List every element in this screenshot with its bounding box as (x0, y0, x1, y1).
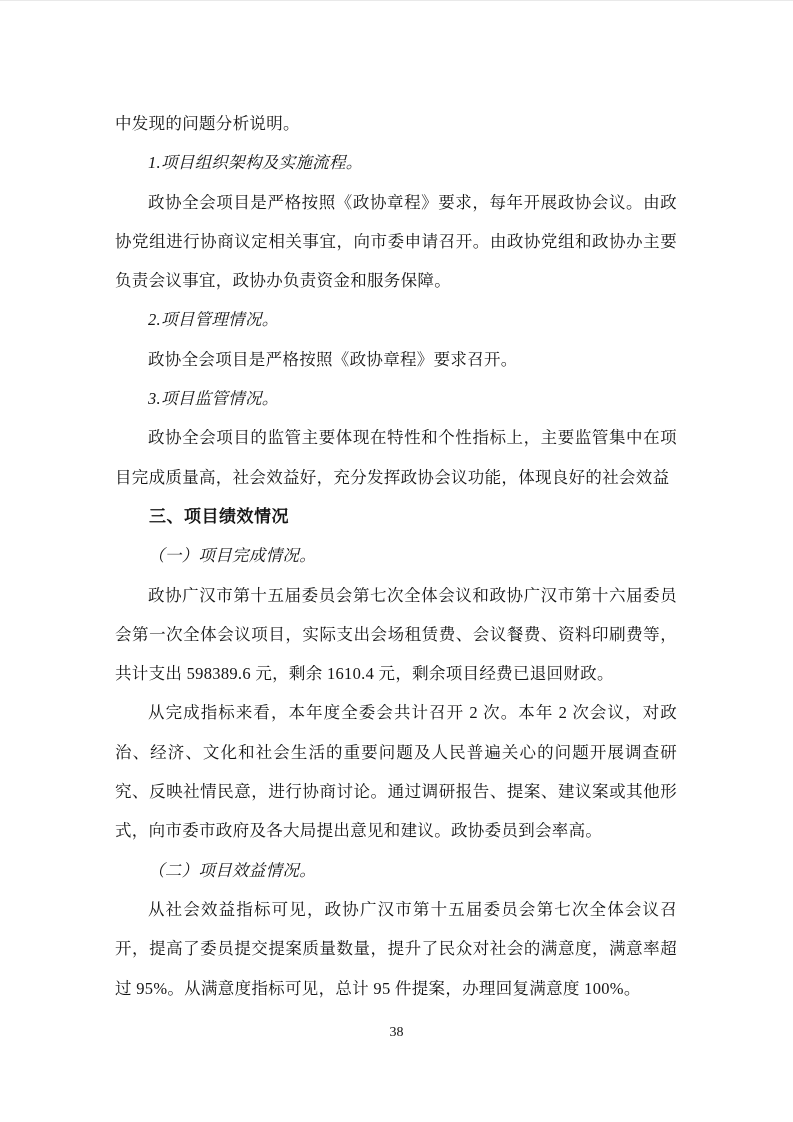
paragraph-completion-spending: 政协广汉市第十五届委员会第七次全体会议和政协广汉市第十六届委员会第一次全体会议项… (115, 576, 677, 694)
document-page: 中发现的问题分析说明。 1.项目组织架构及实施流程。 政协全会项目是严格按照《政… (0, 0, 793, 1122)
paragraph-completion-metrics: 从完成指标来看，本年度全委会共计召开 2 次。本年 2 次会议，对政治、经济、文… (115, 693, 677, 850)
subheading-2-management: 2.项目管理情况。 (115, 300, 677, 339)
subheading-benefit: （二）项目效益情况。 (115, 851, 677, 890)
document-body: 中发现的问题分析说明。 1.项目组织架构及实施流程。 政协全会项目是严格按照《政… (115, 104, 677, 1008)
subheading-1-org-structure: 1.项目组织架构及实施流程。 (115, 143, 677, 182)
page-number: 38 (0, 1023, 793, 1043)
subheading-completion: （一）项目完成情况。 (115, 536, 677, 575)
paragraph-supervision: 政协全会项目的监管主要体现在特性和个性指标上，主要监管集中在项目完成质量高，社会… (115, 418, 677, 497)
section-heading-performance: 三、项目绩效情况 (115, 497, 677, 536)
subheading-3-supervision: 3.项目监管情况。 (115, 379, 677, 418)
paragraph-org-structure: 政协全会项目是严格按照《政协章程》要求，每年开展政协会议。由政协党组进行协商议定… (115, 183, 677, 301)
paragraph-benefit-metrics: 从社会效益指标可见，政协广汉市第十五届委员会第七次全体会议召开，提高了委员提交提… (115, 890, 677, 1008)
paragraph-continuation: 中发现的问题分析说明。 (115, 104, 677, 143)
paragraph-management: 政协全会项目是严格按照《政协章程》要求召开。 (115, 340, 677, 379)
